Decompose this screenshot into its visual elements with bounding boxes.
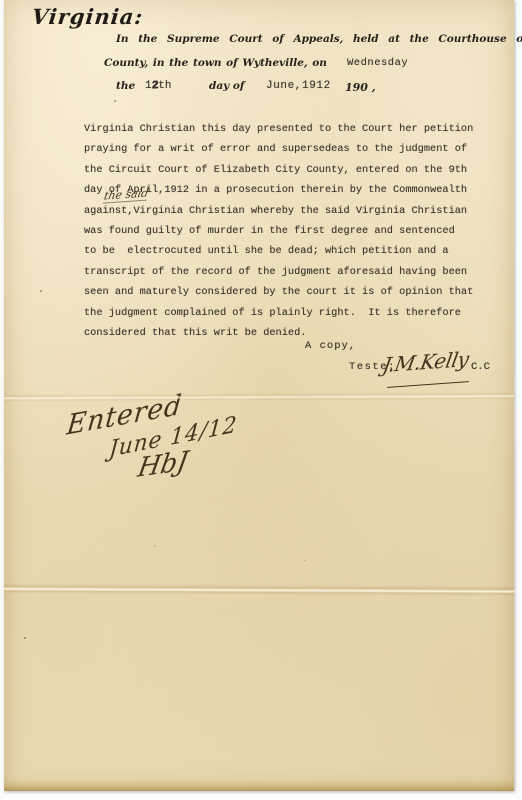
preprinted-the: the [116,80,135,92]
body-line: the judgment complained of is plainly ri… [84,303,494,323]
signature-underline [387,381,469,388]
day-digit-1: 1 [145,80,152,92]
typed-day-number: 12th [145,80,171,92]
paper-speck [24,637,26,639]
preprinted-court-line: In the Supreme Court of Appeals, held at… [116,33,522,45]
paper-speck [304,560,306,561]
handwritten-initials: HbJ [136,446,191,484]
body-line-with-insertion: against,Virginia Christian whereby the s… [84,201,494,221]
body-line: the Circuit Court of Elizabeth City Coun… [84,160,494,180]
body-line: seen and maturely considered by the cour… [84,282,494,302]
paper-speck [459,140,460,142]
body-line: considered that this writ be denied. [84,323,494,343]
typed-weekday: Wednesday [347,57,408,69]
scan-background: Virginia: In the Supreme Court of Appeal… [0,0,522,800]
clerk-title: C.C [471,361,490,373]
paper-speck [154,545,156,547]
body-line: praying for a writ of error and supersed… [84,139,494,159]
body-line: was found guilty of murder in the first … [84,221,494,241]
fold-crease-upper [4,392,514,402]
paper-speck [114,100,116,102]
paper-speck [40,290,42,292]
insertion-line-rest: Virginia Christian whereby the said Virg… [133,205,467,217]
state-label: Virginia: [31,4,145,29]
clerk-signature: J.M.Kelly [381,347,471,377]
typed-date: June,1912 [266,80,331,92]
body-line: Virginia Christian this day presented to… [84,119,494,139]
document-paper: Virginia: In the Supreme Court of Appeal… [4,0,514,791]
preprinted-day-of: day of [209,80,244,92]
day-suffix: th [158,80,171,92]
body-line: to be electrocuted until she be dead; wh… [84,241,494,261]
body-paragraph: Virginia Christian this day presented to… [84,119,494,343]
insertion-line-pre: against, [84,205,133,217]
preprinted-county-line: County, in the town of Wytheville, on [104,57,327,69]
fold-crease-lower [4,584,514,597]
a-copy-label: A copy, [305,340,356,352]
body-line: transcript of the record of the judgment… [84,262,494,282]
preprinted-year-blank: 190 , [345,81,376,94]
paper-bottom-edge [4,779,514,791]
